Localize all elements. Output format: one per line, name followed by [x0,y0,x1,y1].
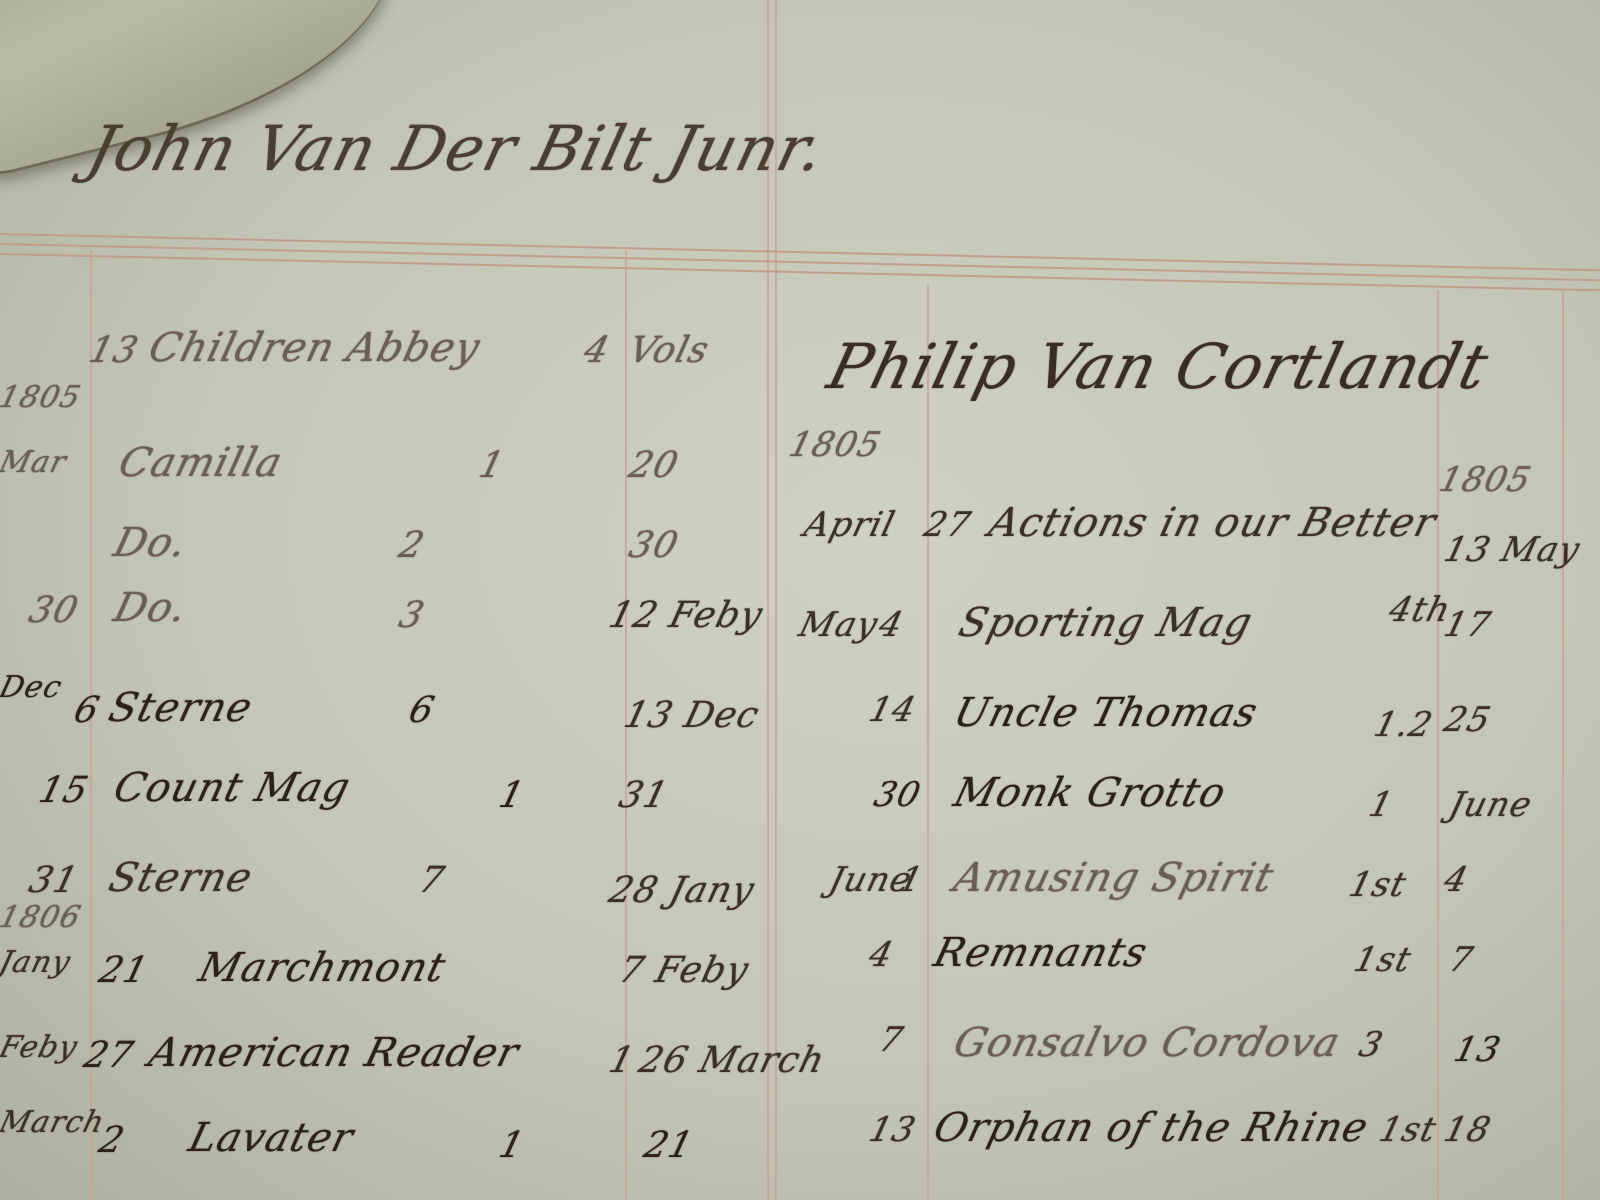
ledger-page: John Van Der Bilt Junr. Philip Van Cortl… [0,0,1600,1200]
entry-vol: 1 [1365,785,1398,825]
left-year: 1806 [0,900,85,935]
entry-qty: 4 [580,330,614,371]
right-year-left: 1805 [785,425,886,465]
entry-qty: 1 [605,1040,639,1081]
entry-day: 31 [25,860,83,901]
entry-description: Do. [109,520,192,566]
entry-ref: 17 [1440,605,1495,645]
entry-qty: 1 [475,445,509,486]
entry-description: Actions in our Better [984,500,1441,546]
entry-vol: 1.2 [1370,705,1437,745]
entry-qty: 3 [395,595,429,636]
ruling-vertical [1562,290,1564,1200]
right-account-header: Philip Van Cortlandt [821,330,1496,403]
entry-ref: 28 Jany [605,870,759,911]
entry-day: 7 [875,1020,908,1060]
entry-description: American Reader [144,1030,524,1076]
left-month: Feby [0,1030,81,1065]
entry-day: 4 [865,935,898,975]
entry-day: 21 [95,950,153,991]
entry-qty: 7 [415,860,449,901]
ruling-horizontal [0,243,1600,281]
entry-description: Marchmont [194,945,450,991]
ruling-vertical [927,285,929,1200]
entry-day: 14 [865,690,920,730]
entry-description: Children Abbey [144,325,485,371]
entry-description: Camilla [114,440,287,486]
entry-ref: 7 [1445,940,1478,980]
entry-description: Lavater [184,1115,358,1161]
entry-description: Sporting Mag [954,600,1257,646]
entry-qty: 1 [495,775,529,816]
entry-description: Do. [109,585,192,631]
right-year-right: 1805 [1435,460,1536,500]
entry-ref: 20 [625,445,683,486]
entry-vol: 1st [1350,940,1416,980]
entry-day: 30 [25,590,83,631]
left-month: March [0,1105,108,1140]
left-month: Dec [0,670,66,705]
entry-ref: 26 March [635,1040,829,1081]
entry-ref: 12 Feby [605,595,767,636]
entry-ref: 18 [1440,1110,1495,1150]
entry-day: 6 [70,690,104,731]
ruling-vertical [1437,290,1439,1200]
entry-ref: 30 [625,525,683,566]
entry-ref: 13 [1450,1030,1505,1070]
entry-description: Amusing Spirit [949,855,1278,901]
entry-description: Count Mag [109,765,355,811]
entry-ref: June [1445,785,1537,825]
entry-ref: 13 Dec [620,695,764,736]
left-month: Mar [0,445,70,480]
entry-description: Uncle Thomas [949,690,1262,736]
entry-qty: 1 [495,1125,529,1166]
left-month: Jany [0,945,75,980]
entry-day: 13 [85,330,143,371]
entry-description: Sterne [104,855,257,901]
entry-ref: 4 [1440,860,1473,900]
entry-day: 15 [35,770,93,811]
left-year: 1805 [0,380,85,415]
entry-day: 30 [870,775,925,815]
entry-ref: 25 [1440,700,1495,740]
entry-ref: 31 [615,775,673,816]
entry-month: May [795,605,882,645]
entry-ref: Vols [625,330,714,371]
left-account-header: John Van Der Bilt Junr. [81,112,832,185]
entry-description: Gonsalvo Cordova [949,1020,1345,1066]
entry-vol: 1st [1345,865,1411,905]
entry-day: 27 [920,505,975,545]
entry-day: 27 [80,1035,138,1076]
entry-vol: 3 [1355,1025,1388,1065]
entry-month: April [800,505,899,545]
ruling-horizontal [0,233,1600,271]
entry-description: Remnants [929,930,1152,976]
entry-description: Monk Grotto [949,770,1231,816]
ruling-horizontal [0,253,1600,291]
entry-ref: 21 [640,1125,698,1166]
entry-qty: 2 [395,525,429,566]
entry-ref: 13 May [1440,530,1584,570]
entry-ref: 7 Feby [615,950,753,991]
entry-description: Orphan of the Rhine [929,1105,1373,1151]
entry-day: 13 [865,1110,920,1150]
entry-qty: 6 [405,690,439,731]
entry-vol: 1st [1375,1110,1441,1150]
entry-description: Sterne [104,685,257,731]
